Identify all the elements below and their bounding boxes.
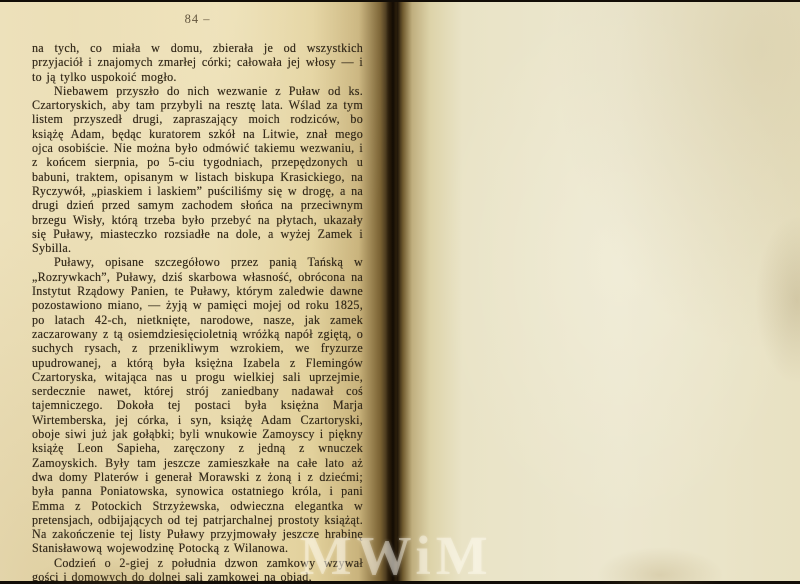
paragraph: Codzień o 2-giej z południa dzwon zamkow… [32,556,363,582]
page-84-text: na tych, co miała w domu, zbierała je od… [32,41,363,582]
scan-edge-top [0,0,800,2]
paragraph: na tych, co miała w domu, zbierała je od… [32,41,363,84]
page-number-84: 84 – [32,12,363,27]
paragraph: Puławy, opisane szczegółowo przez panią … [32,255,363,555]
paragraph: Niebawem przyszło do nich wezwanie z Puł… [32,84,363,256]
book-gutter-shadow [386,0,400,584]
page-85: — 85 — którego honory robili książę Adam… [398,2,800,582]
book-scan: 84 – na tych, co miała w domu, zbierała … [0,0,800,584]
page-84: 84 – na tych, co miała w domu, zbierała … [0,2,390,582]
